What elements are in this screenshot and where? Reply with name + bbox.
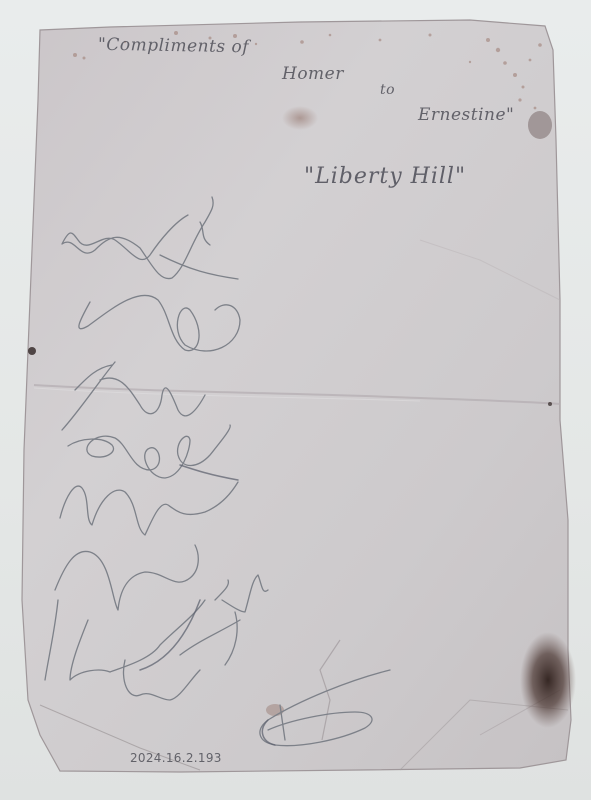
inscription-ernestine: Ernestine" — [418, 105, 514, 125]
inscription-homer: Homer — [282, 64, 344, 84]
document-title: "Liberty Hill" — [304, 164, 466, 189]
accession-number: 2024.16.2.193 — [130, 751, 222, 765]
water-stain — [520, 632, 576, 728]
inscription-compliments: "Compliments of — [98, 35, 249, 58]
paper-sheet: "Compliments of Homer to Ernestine" "Lib… — [0, 0, 591, 800]
inscription-to: to — [380, 82, 395, 98]
